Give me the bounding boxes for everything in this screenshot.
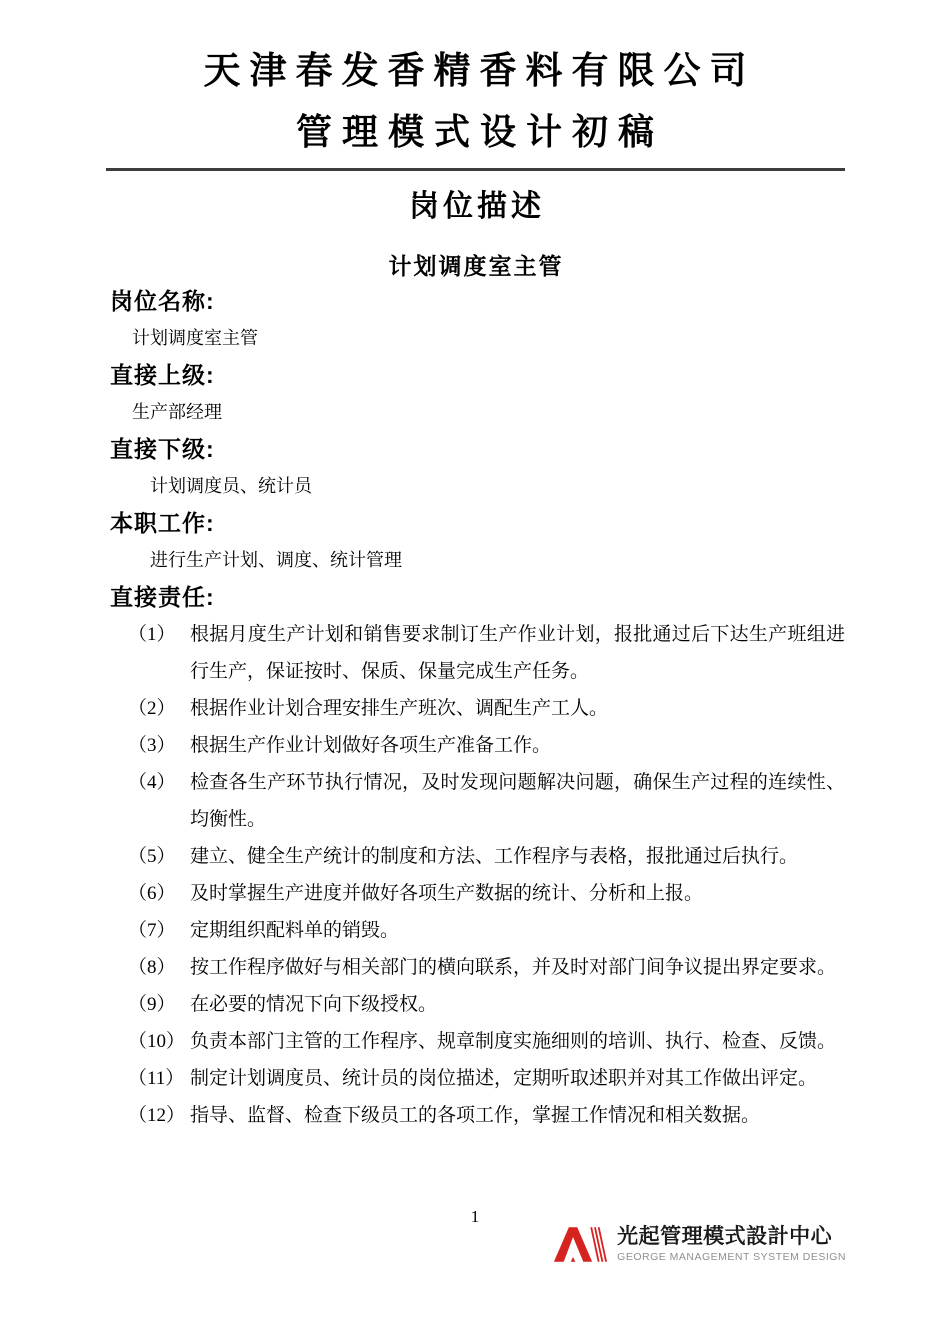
item-text: 定期组织配料单的销毁。 — [190, 912, 845, 949]
responsibility-item: （12） 指导、监督、检查下级员工的各项工作，掌握工作情况和相关数据。 — [110, 1097, 845, 1134]
item-number: （1） — [128, 616, 190, 690]
field-label: 直接下级: — [110, 431, 845, 468]
logo-text-block: 光起管理模式設計中心 GEORGE MANAGEMENT SYSTEM DESI… — [617, 1224, 846, 1264]
item-text: 根据作业计划合理安排生产班次、调配生产工人。 — [190, 690, 845, 727]
responsibility-item: （9） 在必要的情况下向下级授权。 — [110, 986, 845, 1023]
responsibility-item: （4） 检查各生产环节执行情况，及时发现问题解决问题，确保生产过程的连续性、均衡… — [110, 764, 845, 838]
responsibility-item: （1） 根据月度生产计划和销售要求制订生产作业计划，报批通过后下达生产班组进行生… — [110, 616, 845, 690]
position-title: 计划调度室主管 — [0, 249, 950, 283]
item-text: 指导、监督、检查下级员工的各项工作，掌握工作情况和相关数据。 — [190, 1097, 845, 1134]
field-value: 生产部经理 — [110, 394, 845, 431]
field-main-duty: 本职工作: 进行生产计划、调度、统计管理 — [110, 505, 845, 579]
responsibility-item: （5） 建立、健全生产统计的制度和方法、工作程序与表格，报批通过后执行。 — [110, 838, 845, 875]
responsibility-item: （6） 及时掌握生产进度并做好各项生产数据的统计、分析和上报。 — [110, 875, 845, 912]
item-number: （8） — [128, 949, 190, 986]
responsibility-item: （2） 根据作业计划合理安排生产班次、调配生产工人。 — [110, 690, 845, 727]
company-logo: 光起管理模式設計中心 GEORGE MANAGEMENT SYSTEM DESI… — [553, 1224, 846, 1264]
item-text: 按工作程序做好与相关部门的横向联系，并及时对部门间争议提出界定要求。 — [190, 949, 845, 986]
item-text: 负责本部门主管的工作程序、规章制度实施细则的培训、执行、检查、反馈。 — [190, 1023, 845, 1060]
item-number: （3） — [128, 727, 190, 764]
field-label-responsibilities: 直接责任: — [110, 579, 845, 616]
field-label: 岗位名称: — [110, 283, 845, 320]
logo-cn-text: 光起管理模式設計中心 — [617, 1224, 846, 1249]
item-text: 根据月度生产计划和销售要求制订生产作业计划，报批通过后下达生产班组进行生产，保证… — [190, 616, 845, 690]
document-body: 岗位名称: 计划调度室主管 直接上级: 生产部经理 直接下级: 计划调度员、统计… — [0, 283, 950, 1134]
responsibility-item: （10） 负责本部门主管的工作程序、规章制度实施细则的培训、执行、检查、反馈。 — [110, 1023, 845, 1060]
item-number: （2） — [128, 690, 190, 727]
responsibility-item: （11） 制定计划调度员、统计员的岗位描述，定期听取述职并对其工作做出评定。 — [110, 1060, 845, 1097]
document-header: 天津春发香精香料有限公司 管理模式设计初稿 岗位描述 计划调度室主管 — [0, 0, 950, 283]
responsibilities-list: （1） 根据月度生产计划和销售要求制订生产作业计划，报批通过后下达生产班组进行生… — [110, 616, 845, 1134]
item-number: （12） — [128, 1097, 190, 1134]
responsibility-item: （3） 根据生产作业计划做好各项生产准备工作。 — [110, 727, 845, 764]
header-divider — [106, 168, 845, 171]
item-number: （6） — [128, 875, 190, 912]
section-title: 岗位描述 — [0, 187, 950, 227]
document-page: 天津春发香精香料有限公司 管理模式设计初稿 岗位描述 计划调度室主管 岗位名称:… — [0, 0, 950, 1344]
item-text: 建立、健全生产统计的制度和方法、工作程序与表格，报批通过后执行。 — [190, 838, 845, 875]
responsibility-item: （7） 定期组织配料单的销毁。 — [110, 912, 845, 949]
item-text: 根据生产作业计划做好各项生产准备工作。 — [190, 727, 845, 764]
item-text: 在必要的情况下向下级授权。 — [190, 986, 845, 1023]
item-text: 检查各生产环节执行情况，及时发现问题解决问题，确保生产过程的连续性、均衡性。 — [190, 764, 845, 838]
field-value: 进行生产计划、调度、统计管理 — [110, 542, 845, 579]
item-number: （5） — [128, 838, 190, 875]
field-position-name: 岗位名称: 计划调度室主管 — [110, 283, 845, 357]
item-number: （7） — [128, 912, 190, 949]
responsibility-item: （8） 按工作程序做好与相关部门的横向联系，并及时对部门间争议提出界定要求。 — [110, 949, 845, 986]
item-number: （10） — [128, 1023, 190, 1060]
document-title: 管理模式设计初稿 — [0, 110, 950, 154]
field-direct-subordinates: 直接下级: 计划调度员、统计员 — [110, 431, 845, 505]
item-number: （9） — [128, 986, 190, 1023]
field-direct-superior: 直接上级: 生产部经理 — [110, 357, 845, 431]
company-title: 天津春发香精香料有限公司 — [0, 50, 950, 94]
item-text: 及时掌握生产进度并做好各项生产数据的统计、分析和上报。 — [190, 875, 845, 912]
field-value: 计划调度室主管 — [110, 320, 845, 357]
field-label: 直接上级: — [110, 357, 845, 394]
field-label: 本职工作: — [110, 505, 845, 542]
logo-en-text: GEORGE MANAGEMENT SYSTEM DESIGN — [617, 1251, 846, 1264]
field-value: 计划调度员、统计员 — [110, 468, 845, 505]
logo-a-mark-icon — [553, 1224, 608, 1264]
item-number: （4） — [128, 764, 190, 838]
item-text: 制定计划调度员、统计员的岗位描述，定期听取述职并对其工作做出评定。 — [190, 1060, 845, 1097]
item-number: （11） — [128, 1060, 190, 1097]
